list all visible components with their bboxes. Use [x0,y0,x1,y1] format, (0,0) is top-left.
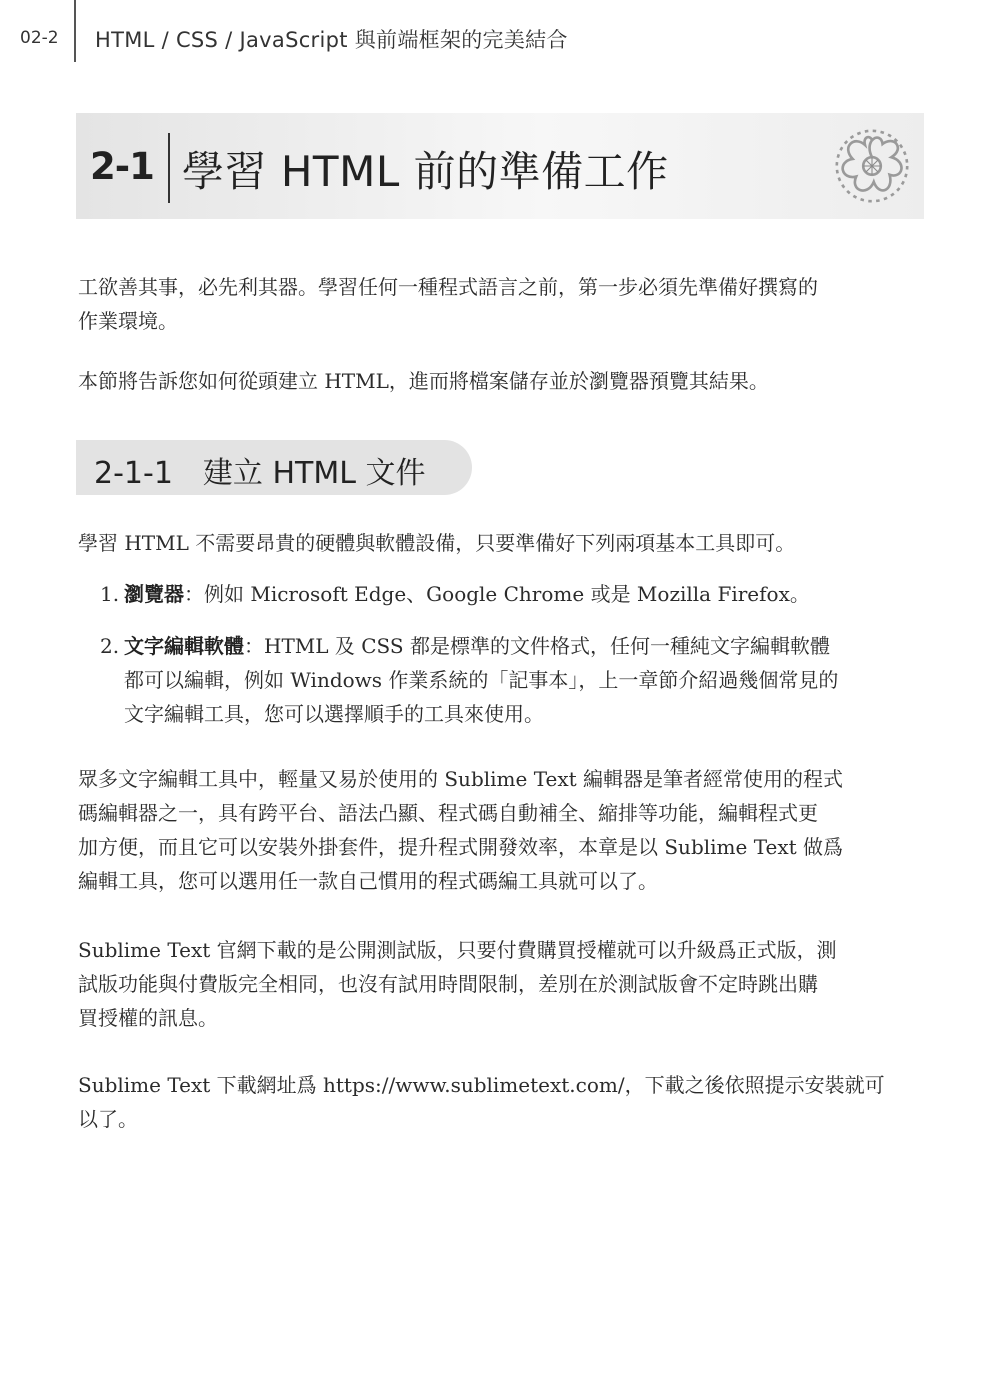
subsection-heading: 2-1-1建立 HTML 文件 [76,440,472,495]
paragraph-sublime-license: Sublime Text 官網下載的是公開測試版，只要付費購買授權就可以升級爲正… [78,933,926,1035]
text-line: 試版功能與付費版完全相同，也沒有試用時間限制，差別在於測試版會不定時跳出購 [78,972,818,996]
book-title: HTML / CSS / JavaScript 與前端框架的完美結合 [95,24,568,54]
list-item-text-editor: 2.文字編輯軟體：HTML 及 CSS 都是標準的文件格式，任何一種純文字編輯軟… [100,629,926,731]
text-line: 以了。 [78,1107,138,1131]
header-divider [74,0,76,62]
flower-ornament-icon [828,121,916,211]
text-line: 碼編輯器之一，具有跨平台、語法凸顯、程式碼自動補全、縮排等功能，編輯程式更 [78,801,818,825]
running-head: 02-2 HTML / CSS / JavaScript 與前端框架的完美結合 [0,0,1000,66]
text-line: 作業環境。 [78,309,178,333]
subsection-number: 2-1-1 [94,456,173,491]
text-line: 眾多文字編輯工具中，輕量又易於使用的 Sublime Text 編輯器是筆者經常… [78,767,843,791]
list-text: ：例如 Microsoft Edge、Google Chrome 或是 Mozi… [184,582,810,606]
list-text: 文字編輯工具，您可以選擇順手的工具來使用。 [100,697,926,731]
intro-paragraph-2: 本節將告訴您如何從頭建立 HTML，進而將檔案儲存並於瀏覽器預覽其結果。 [78,364,926,398]
list-number: 2. [100,629,124,663]
subsection-lead: 學習 HTML 不需要昂貴的硬體與軟體設備，只要準備好下列兩項基本工具即可。 [78,526,926,560]
intro-paragraph-1: 工欲善其事，必先利其器。學習任何一種程式語言之前，第一步必須先準備好撰寫的 作業… [78,270,926,338]
text-line: Sublime Text 下載網址爲 https://www.sublimete… [78,1073,885,1097]
subsection-label: 2-1-1建立 HTML 文件 [94,448,425,492]
paragraph-sublime-intro: 眾多文字編輯工具中，輕量又易於使用的 Sublime Text 編輯器是筆者經常… [78,762,926,898]
page-number: 02-2 [20,28,59,48]
paragraph-sublime-download: Sublime Text 下載網址爲 https://www.sublimete… [78,1068,926,1136]
list-text: 都可以編輯，例如 Windows 作業系統的「記事本」，上一章節介紹過幾個常見的 [100,663,926,697]
section-number: 2-1 [90,145,154,188]
list-term: 文字編輯軟體 [124,634,244,658]
list-text: ：HTML 及 CSS 都是標準的文件格式，任何一種純文字編輯軟體 [244,634,830,658]
text-line: Sublime Text 官網下載的是公開測試版，只要付費購買授權就可以升級爲正… [78,938,837,962]
section-divider [168,133,170,203]
text-line: 工欲善其事，必先利其器。學習任何一種程式語言之前，第一步必須先準備好撰寫的 [78,275,818,299]
text-line: 編輯工具，您可以選用任一款自己慣用的程式碼編工具就可以了。 [78,869,658,893]
text-line: 加方便，而且它可以安裝外掛套件，提升程式開發效率，本章是以 Sublime Te… [78,835,843,859]
list-term: 瀏覽器 [124,582,184,606]
list-number: 1. [100,577,124,611]
section-banner: 2-1 學習 HTML 前的準備工作 [76,113,924,219]
section-title: 學習 HTML 前的準備工作 [182,139,669,199]
list-item-browser: 1.瀏覽器：例如 Microsoft Edge、Google Chrome 或是… [100,577,926,611]
text-line: 買授權的訊息。 [78,1006,218,1030]
subsection-title: 建立 HTML 文件 [203,456,426,491]
